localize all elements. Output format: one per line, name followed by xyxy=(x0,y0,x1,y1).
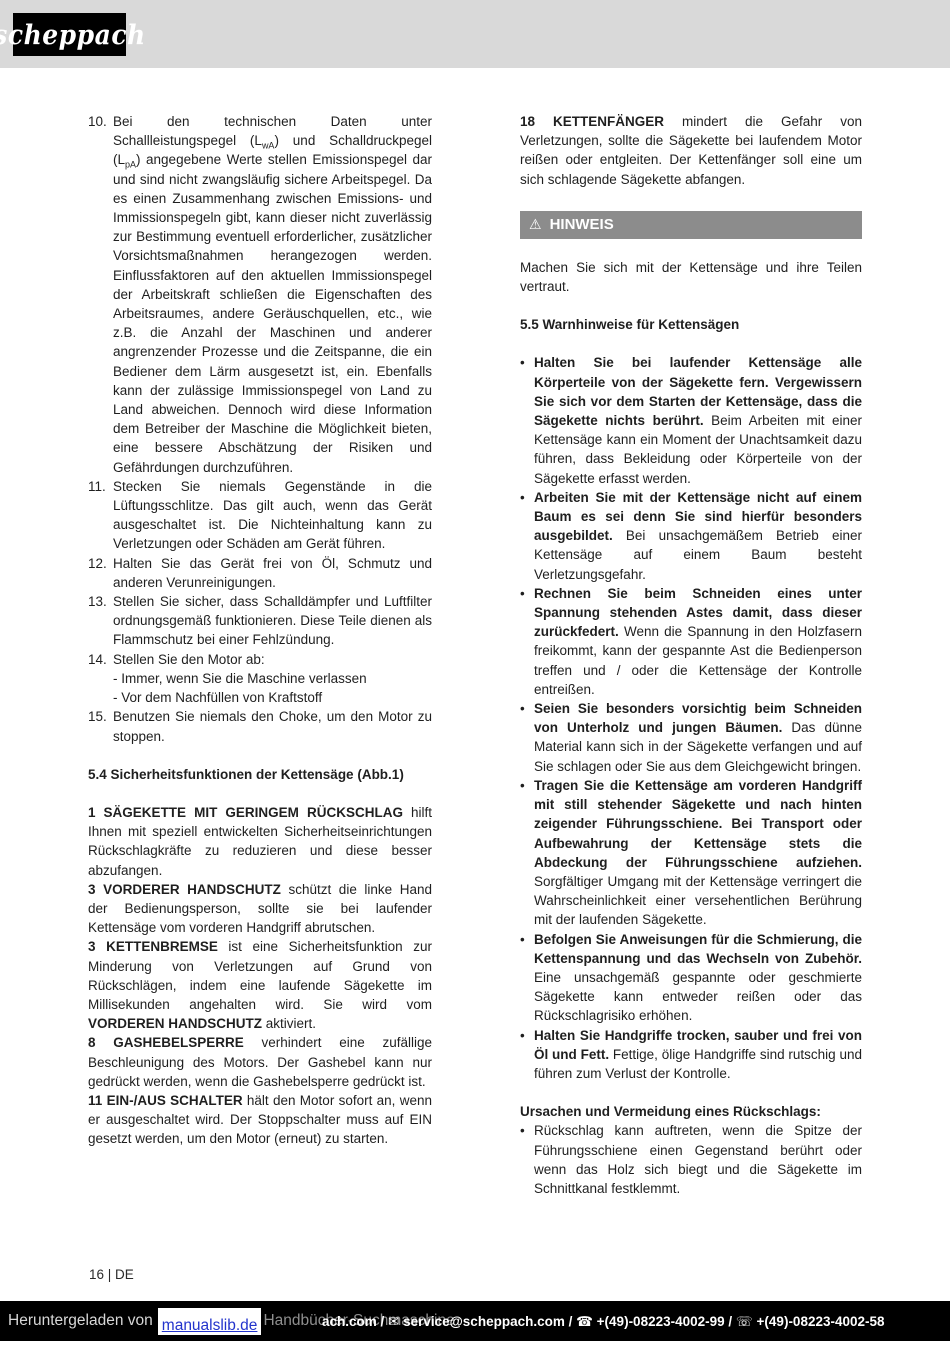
bullet-glyph: • xyxy=(520,584,525,603)
item-number: 11. xyxy=(88,477,106,496)
bullet-glyph: • xyxy=(520,1026,525,1045)
bold-text-segment: 8 GASHEBELSPERRE xyxy=(88,1035,244,1050)
bullet-glyph: • xyxy=(520,930,525,949)
text-segment: Rückschlag kann auftreten, wenn die Spit… xyxy=(534,1123,862,1196)
numbered-item: 13.Stellen Sie sicher, dass Schalldämpfe… xyxy=(88,592,432,650)
bold-text-segment: 11 EIN-/AUS SCHALTER xyxy=(88,1093,243,1108)
text-segment: pA xyxy=(125,160,136,170)
download-prefix: Heruntergeladen von xyxy=(8,1311,153,1330)
bullet-glyph: • xyxy=(520,488,525,507)
logo-text: scheppach xyxy=(0,24,146,45)
bullet-item: •Seien Sie besonders vorsichtig beim Sch… xyxy=(520,699,862,776)
phone-text: +(49)-08223-4002-99 / xyxy=(593,1314,736,1329)
scheppach-contact-line: ach.com / ✉ service@scheppach.com / ☎ +(… xyxy=(322,1312,885,1331)
safety-features: 1 SÄGEKETTE MIT GERINGEM RÜCKSCHLAG hilf… xyxy=(88,803,432,1149)
text-segment: ) angegebene Werte stellen Emissionspege… xyxy=(113,152,432,474)
bullet-item: •Halten Sie bei laufender Kettensäge all… xyxy=(520,353,862,487)
bold-text-segment: 3 VORDERER HANDSCHUTZ xyxy=(88,882,281,897)
text-segment: Stellen Sie sicher, dass Schalldämpfer u… xyxy=(113,594,432,647)
numbered-item: 11.Stecken Sie niemals Gegenstände in di… xyxy=(88,477,432,554)
feature-paragraph: 3 VORDERER HANDSCHUTZ schützt die linke … xyxy=(88,880,432,938)
text-segment: Halten Sie das Gerät frei von Öl, Schmut… xyxy=(113,556,432,590)
bold-text-segment: 1 SÄGEKETTE MIT GERINGEM RÜCKSCHLAG xyxy=(88,805,403,820)
warning-bullet-list: •Halten Sie bei laufender Kettensäge all… xyxy=(520,353,862,1083)
numbered-item: 12.Halten Sie das Gerät frei von Öl, Sch… xyxy=(88,554,432,592)
bullet-item: •Halten Sie Handgriffe trocken, sauber u… xyxy=(520,1026,862,1084)
sub-line: - Vor dem Nachfüllen von Kraftstoff xyxy=(113,688,432,707)
download-bar: Heruntergeladen von manualslib.de Handbü… xyxy=(0,1301,950,1341)
notice-text: Machen Sie sich mit der Kettensäge und i… xyxy=(520,258,862,296)
fax-text: +(49)-08223-4002-58 xyxy=(753,1314,885,1329)
item-number: 14. xyxy=(88,650,107,669)
fax-icon: ☏ xyxy=(736,1314,753,1329)
numbered-item: 10.Bei den technischen Daten unter Schal… xyxy=(88,112,432,477)
bold-text-segment: 3 KETTENBREMSE xyxy=(88,939,218,954)
bullet-glyph: • xyxy=(520,1121,525,1140)
notice-box: ⚠ HINWEIS xyxy=(520,211,862,239)
manualslib-link[interactable]: manualslib.de xyxy=(158,1308,262,1335)
bold-text-segment: Befolgen Sie Anweisungen für die Schmier… xyxy=(534,932,862,966)
scheppach-logo: scheppach xyxy=(13,13,126,56)
feature-paragraph: 3 KETTENBREMSE ist eine Sicherheitsfunkt… xyxy=(88,937,432,1033)
text-segment: Eine unsachgemäß gespannte oder geschmie… xyxy=(534,970,862,1023)
bullet-item: •Rückschlag kann auftreten, wenn die Spi… xyxy=(520,1121,862,1198)
bold-text-segment: Tragen Sie die Kettensäge am vorderen Ha… xyxy=(534,778,862,870)
bullet-item: •Tragen Sie die Kettensäge am vorderen H… xyxy=(520,776,862,930)
section-heading-5-4: 5.4 Sicherheitsfunktionen der Kettensäge… xyxy=(88,765,432,784)
phone-icon: ☎ xyxy=(576,1314,593,1329)
item-number: 13. xyxy=(88,592,107,611)
bullet-glyph: • xyxy=(520,699,525,718)
numbered-safety-list: 10.Bei den technischen Daten unter Schal… xyxy=(88,112,432,746)
sub-line: - Immer, wenn Sie die Maschine verlassen xyxy=(113,669,432,688)
kickback-heading: Ursachen und Vermeidung eines Rückschlag… xyxy=(520,1102,862,1121)
text-segment: aktiviert. xyxy=(262,1016,316,1031)
numbered-item: 15.Benutzen Sie niemals den Choke, um de… xyxy=(88,707,432,745)
feature-paragraph: 11 EIN-/AUS SCHALTER hält den Motor sofo… xyxy=(88,1091,432,1149)
bullet-item: •Befolgen Sie Anweisungen für die Schmie… xyxy=(520,930,862,1026)
text-segment: Sorgfältiger Umgang mit der Kettensäge v… xyxy=(534,874,862,927)
bullet-item: •Arbeiten Sie mit der Kettensäge nicht a… xyxy=(520,488,862,584)
bullet-glyph: • xyxy=(520,776,525,795)
notice-label: HINWEIS xyxy=(550,215,614,234)
chain-catcher-paragraph: 18 KETTENFÄNGER mindert die Gefahr von V… xyxy=(520,112,862,189)
section-heading-5-5: 5.5 Warnhinweise für Kettensägen xyxy=(520,315,862,334)
page-number: 16 | DE xyxy=(89,1265,134,1284)
page-content: 10.Bei den technischen Daten unter Schal… xyxy=(88,112,862,1198)
right-column: 18 KETTENFÄNGER mindert die Gefahr von V… xyxy=(520,112,862,1198)
numbered-item: 14.Stellen Sie den Motor ab:- Immer, wen… xyxy=(88,650,432,708)
bold-text-segment: VORDEREN HANDSCHUTZ xyxy=(88,1016,262,1031)
item-number: 15. xyxy=(88,707,107,726)
text-segment: wA xyxy=(262,141,275,151)
bullet-glyph: • xyxy=(520,353,525,372)
left-column: 10.Bei den technischen Daten unter Schal… xyxy=(88,112,432,1198)
bold-text-segment: 18 KETTENFÄNGER xyxy=(520,114,664,129)
email-text: service@scheppach.com / xyxy=(399,1314,576,1329)
header-band: scheppach xyxy=(0,0,950,68)
text-segment: Stellen Sie den Motor ab: xyxy=(113,652,265,667)
feature-paragraph: 1 SÄGEKETTE MIT GERINGEM RÜCKSCHLAG hilf… xyxy=(88,803,432,880)
bullet-item: •Rechnen Sie beim Schneiden eines unter … xyxy=(520,584,862,699)
warning-triangle-icon: ⚠ xyxy=(529,215,542,234)
envelope-icon: ✉ xyxy=(388,1314,399,1329)
text-segment: Benutzen Sie niemals den Choke, um den M… xyxy=(113,709,432,743)
text-segment: Stecken Sie niemals Gegenstände in die L… xyxy=(113,479,432,552)
item-number: 12. xyxy=(88,554,107,573)
feature-paragraph: 8 GASHEBELSPERRE verhindert eine zufälli… xyxy=(88,1033,432,1091)
website-text: ach.com / xyxy=(322,1314,388,1329)
item-number: 10. xyxy=(88,112,107,131)
kickback-bullet-list: •Rückschlag kann auftreten, wenn die Spi… xyxy=(520,1121,862,1198)
